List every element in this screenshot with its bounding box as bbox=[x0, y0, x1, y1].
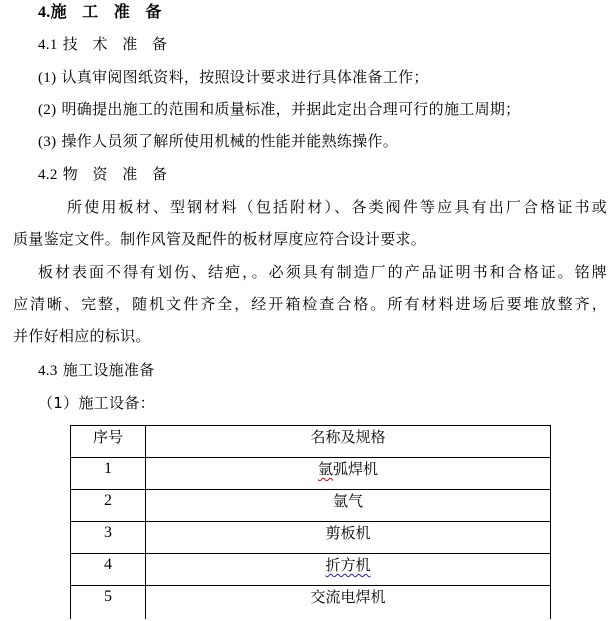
paragraph-line: 应清晰、完整，随机文件齐全，经开箱检查合格。所有材料进场后要堆放整齐， bbox=[13, 294, 607, 314]
subsection-number: 4.3 bbox=[38, 363, 58, 379]
table-row: 4 折方机 bbox=[71, 554, 551, 586]
table-row: 3 剪板机 bbox=[71, 522, 551, 554]
section-title: 施 工 准 备 bbox=[51, 2, 167, 21]
paragraph-text: 并作好相应的标识。 bbox=[13, 327, 151, 345]
paragraph-line: 所使用板材、型钢材料（包括附材）、各类阀件等应具有出厂合格证书或 bbox=[67, 197, 607, 217]
table-row: 2 氩气 bbox=[71, 490, 551, 522]
list-marker: (3) bbox=[38, 134, 56, 150]
list-marker: (2) bbox=[38, 102, 56, 118]
list-item-text: 明确提出施工的范围和质量标准，并据此定出合理可行的施工周期； bbox=[61, 100, 520, 118]
subsection-number: 4.1 bbox=[38, 37, 58, 53]
paragraph-text: 所使用板材、型钢材料（包括附材）、各类阀件等应具有出厂合格证书或 bbox=[67, 197, 607, 217]
section-number: 4. bbox=[38, 4, 51, 21]
paragraph-line: 质量鉴定文件。制作风管及配件的板材厚度应符合设计要求。 bbox=[13, 229, 426, 249]
item-label-text: （1）施工设备： bbox=[38, 394, 155, 412]
grammar-flagged-text[interactable]: 折方机 bbox=[325, 556, 370, 574]
subsection-number: 4.2 bbox=[38, 167, 58, 183]
cell-no: 1 bbox=[71, 458, 146, 490]
paragraph-line: 板材表面不得有划伤、结疤，。必须具有制造厂的产品证明书和合格证。铭牌 bbox=[38, 262, 607, 282]
cell-name: 交流电焊机 bbox=[146, 586, 551, 620]
subsection-item-label: （1）施工设备： bbox=[38, 393, 155, 413]
table-header-row: 序号 名称及规格 bbox=[71, 426, 551, 458]
list-item: (1) 认真审阅图纸资料，按照设计要求进行具体准备工作； bbox=[38, 67, 429, 88]
section-heading: 4.施 工 准 备 bbox=[38, 2, 166, 23]
cell-no: 2 bbox=[71, 490, 146, 522]
header-cell-name: 名称及规格 bbox=[146, 426, 551, 458]
subsection-heading-4-2: 4.2 物 资 准 备 bbox=[38, 164, 172, 185]
cell-name: 剪板机 bbox=[146, 522, 551, 554]
paragraph-line: 并作好相应的标识。 bbox=[13, 326, 151, 346]
header-cell-no: 序号 bbox=[71, 426, 146, 458]
paragraph-text: 质量鉴定文件。制作风管及配件的板材厚度应符合设计要求。 bbox=[13, 230, 426, 248]
list-item: (2) 明确提出施工的范围和质量标准，并据此定出合理可行的施工周期； bbox=[38, 99, 520, 120]
list-marker: (1) bbox=[38, 70, 56, 86]
table-row: 1 氩弧焊机 bbox=[71, 458, 551, 490]
paragraph-text: 板材表面不得有划伤、结疤，。必须具有制造厂的产品证明书和合格证。铭牌 bbox=[38, 262, 607, 282]
cell-name: 折方机 bbox=[146, 554, 551, 586]
cell-name: 氩气 bbox=[146, 490, 551, 522]
equipment-table: 序号 名称及规格 1 氩弧焊机 2 氩气 3 剪板机 4 折方机 5 交流电焊机 bbox=[70, 425, 551, 619]
table-row: 5 交流电焊机 bbox=[71, 586, 551, 620]
cell-no: 4 bbox=[71, 554, 146, 586]
cell-no: 3 bbox=[71, 522, 146, 554]
list-item-text: 操作人员须了解所使用机械的性能并能熟练操作。 bbox=[61, 132, 398, 150]
cell-name: 氩弧焊机 bbox=[146, 458, 551, 490]
subsection-title: 技 术 准 备 bbox=[63, 35, 172, 53]
spelling-flagged-text[interactable]: 氩 bbox=[318, 460, 333, 478]
cell-no: 5 bbox=[71, 586, 146, 620]
subsection-heading-4-1: 4.1 技 术 准 备 bbox=[38, 34, 172, 55]
paragraph-text: 应清晰、完整，随机文件齐全，经开箱检查合格。所有材料进场后要堆放整齐， bbox=[13, 294, 607, 314]
cell-name-text: 弧焊机 bbox=[333, 460, 378, 478]
subsection-title: 物 资 准 备 bbox=[63, 165, 172, 183]
subsection-heading-4-3: 4.3 施工设施准备 bbox=[38, 360, 155, 381]
subsection-title: 施工设施准备 bbox=[63, 361, 155, 379]
list-item-text: 认真审阅图纸资料，按照设计要求进行具体准备工作； bbox=[61, 68, 428, 86]
list-item: (3) 操作人员须了解所使用机械的性能并能熟练操作。 bbox=[38, 131, 398, 152]
